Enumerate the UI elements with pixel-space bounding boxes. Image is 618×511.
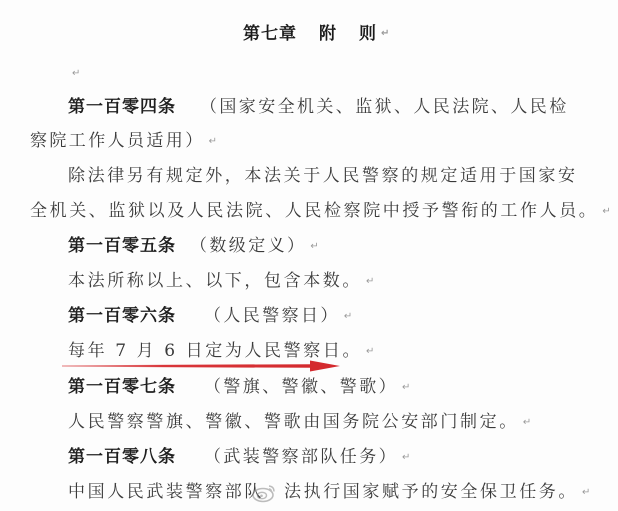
article-subtitle-cont: 察院工作人员适用） — [30, 131, 205, 151]
article-104-heading-cont: 察院工作人员适用）↵ — [30, 130, 217, 153]
article-body-text: 除法律另有规定外，本法关于人民警察的规定适用于国家安 — [68, 166, 578, 186]
article-body-text: 全机关、监狱以及人民法院、人民检察院中授予警衔的工作人员。 — [30, 201, 598, 221]
article-105-heading: 第一百零五条（数级定义）↵ — [68, 235, 319, 258]
paragraph-mark-icon: ↵ — [402, 377, 410, 399]
chapter-number: 第七章 — [243, 24, 297, 44]
chapter-word-1: 附 — [319, 24, 337, 44]
article-108-body: 中国人民武装警察部队法执行国家赋予的安全保卫任务。↵ — [68, 481, 590, 504]
article-subtitle: （数级定义） — [190, 236, 306, 256]
article-108-heading: 第一百零八条（武装警察部队任务）↵ — [68, 446, 410, 469]
article-title: 第一百零六条 — [68, 306, 176, 326]
weibo-logo-icon — [252, 483, 276, 503]
article-subtitle: （警旗、警徽、警歌） — [204, 377, 398, 397]
paragraph-mark-icon: ↵ — [523, 412, 531, 434]
article-subtitle: （人民警察日） — [204, 306, 340, 326]
article-107-heading: 第一百零七条（警旗、警徽、警歌）↵ — [68, 376, 410, 399]
article-body-text: 法执行国家赋予的安全保卫任务。 — [284, 482, 578, 502]
article-title: 第一百零四条 — [68, 97, 176, 117]
paragraph-mark-icon: ↵ — [582, 482, 590, 504]
chapter-title: 第七章附则↵ — [243, 23, 389, 45]
paragraph-mark-icon: ↵ — [366, 271, 374, 293]
article-106-heading: 第一百零六条（人民警察日）↵ — [68, 305, 352, 328]
article-title: 第一百零七条 — [68, 377, 176, 397]
chapter-word-2: 则 — [359, 24, 377, 44]
document-page: 第七章附则↵ ↵ 第一百零四条（国家安全机关、监狱、人民法院、人民检 察院工作人… — [0, 0, 618, 511]
paragraph-mark-icon: ↵ — [366, 341, 374, 363]
article-104-body-line-2: 全机关、监狱以及人民法院、人民检察院中授予警衔的工作人员。↵ — [30, 200, 611, 223]
paragraph-mark-icon: ↵ — [381, 23, 389, 45]
paragraph-mark-icon: ↵ — [602, 201, 610, 223]
paragraph-mark-icon: ↵ — [344, 306, 352, 328]
article-107-body: 人民警察警旗、警徽、警歌由国务院公安部门制定。↵ — [68, 411, 531, 434]
article-subtitle: （武装警察部队任务） — [204, 447, 398, 467]
paragraph-mark-icon: ↵ — [209, 131, 217, 153]
paragraph-mark-icon: ↵ — [402, 447, 410, 469]
article-body-text: 中国人民武装警察部队 — [68, 482, 264, 502]
article-104-heading: 第一百零四条（国家安全机关、监狱、人民法院、人民检 — [68, 96, 569, 118]
article-title: 第一百零八条 — [68, 447, 176, 467]
article-subtitle: （国家安全机关、监狱、人民法院、人民检 — [200, 97, 569, 117]
paragraph-mark-icon: ↵ — [310, 236, 318, 258]
paragraph-mark-icon: ↵ — [72, 63, 80, 85]
article-body-text: 人民警察警旗、警徽、警歌由国务院公安部门制定。 — [68, 412, 519, 432]
red-arrow-annotation-icon — [62, 360, 340, 372]
article-104-body-line-1: 除法律另有规定外，本法关于人民警察的规定适用于国家安 — [68, 165, 578, 187]
article-105-body: 本法所称以上、以下，包含本数。↵ — [68, 270, 374, 293]
empty-paragraph: ↵ — [68, 62, 80, 85]
article-body-text: 每年 7 月 6 日定为人民警察日。 — [68, 341, 362, 361]
article-title: 第一百零五条 — [68, 236, 176, 256]
article-body-text: 本法所称以上、以下，包含本数。 — [68, 271, 362, 291]
